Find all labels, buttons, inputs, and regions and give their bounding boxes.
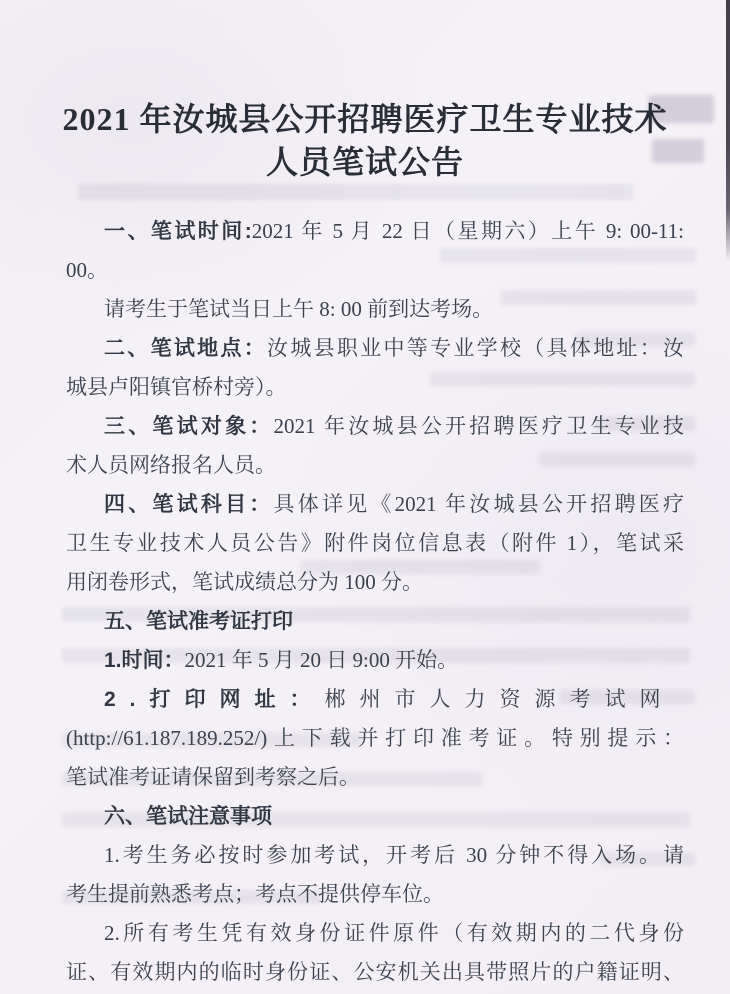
doc-line: 请考生于笔试当日上午 8: 00 前到达考场。 [66,290,684,329]
doc-line: (http://61.187.189.252/)上下载并打印准考证。特别提示： [66,719,684,758]
document-body: 一、笔试时间:2021 年 5 月 22 日（星期六）上午 9: 00-11: … [66,212,684,992]
doc-line: 术人员网络报名人员。 [66,446,684,485]
section-heading: 五、笔试准考证打印 [104,610,293,633]
doc-line: 2.打印网址：郴州市人力资源考试网 [66,680,684,719]
section-heading: 一、笔试时间: [104,220,252,243]
doc-line: 考生提前熟悉考点；考点不提供停车位。 [66,875,684,914]
doc-line: 四、笔试科目：具体详见《2021 年汝城县公开招聘医疗 [66,485,684,524]
line-text: 城县卢阳镇官桥村旁）。 [66,375,287,399]
scan-edge-shadow [726,0,730,262]
line-text: (http://61.187.189.252/)上下载并打印准考证。特别提示： [66,726,684,750]
line-text: 请考生于笔试当日上午 8: 00 前到达考场。 [104,297,493,321]
doc-line: 三、笔试对象：2021 年汝城县公开招聘医疗卫生专业技 [66,407,684,446]
doc-line: 二、笔试地点：汝城县职业中等专业学校（具体地址：汝 [66,329,684,368]
doc-line: 1.时间：2021 年 5 月 20 日 9:00 开始。 [66,641,684,680]
line-text: 考生提前熟悉考点；考点不提供停车位。 [66,882,444,906]
line-text: 2021 年 5 月 22 日（星期六）上午 9: 00-11: [252,219,684,243]
doc-line: 一、笔试时间:2021 年 5 月 22 日（星期六）上午 9: 00-11: [66,212,684,251]
line-text: 汝城县职业中等专业学校（具体地址：汝 [267,336,684,360]
doc-line: 1.考生务必按时参加考试，开考后 30 分钟不得入场。请 [66,836,684,875]
doc-line: 00。 [66,251,684,290]
line-text: 2.所有考生凭有效身份证件原件（有效期内的二代身份 [104,921,684,945]
doc-line: 笔试准考证请保留到考察之后。 [66,758,684,797]
doc-line: 2.所有考生凭有效身份证件原件（有效期内的二代身份 [66,914,684,953]
line-text: 术人员网络报名人员。 [66,453,276,477]
line-text: 郴州市人力资源考试网 [325,687,675,711]
item-heading: 1.时间： [104,649,185,672]
line-text: 2021 年 5 月 20 日 9:00 开始。 [185,648,459,672]
doc-line: 卫生专业技术人员公告》附件岗位信息表（附件 1），笔试采 [66,524,684,563]
document-title-line2: 人员笔试公告 [56,141,674,184]
line-text: 笔试准考证请保留到考察之后。 [66,765,360,789]
section-heading: 六、笔试注意事项 [104,805,272,828]
line-text: 用闭卷形式，笔试成绩总分为 100 分。 [66,570,423,594]
item-heading: 2.打印网址： [104,688,325,711]
line-text: 卫生专业技术人员公告》附件岗位信息表（附件 1），笔试采 [66,531,684,555]
bleed-through-artifact [78,184,634,200]
doc-line: 城县卢阳镇官桥村旁）。 [66,368,684,407]
document-title: 2021 年汝城县公开招聘医疗卫生专业技术 人员笔试公告 [56,98,674,184]
line-text: 具体详见《2021 年汝城县公开招聘医疗 [274,492,685,516]
line-text: 1.考生务必按时参加考试，开考后 30 分钟不得入场。请 [104,843,684,867]
doc-line: 证、有效期内的临时身份证、公安机关出具带照片的户籍证明、 [66,953,684,992]
doc-line: 六、笔试注意事项 [66,797,684,836]
line-text: 00。 [66,258,108,282]
line-text: 证、有效期内的临时身份证、公安机关出具带照片的户籍证明、 [66,960,684,984]
scanned-page: 2021 年汝城县公开招聘医疗卫生专业技术 人员笔试公告 一、笔试时间:2021… [0,0,730,994]
doc-line: 五、笔试准考证打印 [66,602,684,641]
section-heading: 三、笔试对象： [104,415,274,438]
line-text: 2021 年汝城县公开招聘医疗卫生专业技 [274,414,685,438]
section-heading: 四、笔试科目： [104,493,274,516]
doc-line: 用闭卷形式，笔试成绩总分为 100 分。 [66,563,684,602]
section-heading: 二、笔试地点： [104,337,267,360]
document-title-line1: 2021 年汝城县公开招聘医疗卫生专业技术 [56,98,674,141]
